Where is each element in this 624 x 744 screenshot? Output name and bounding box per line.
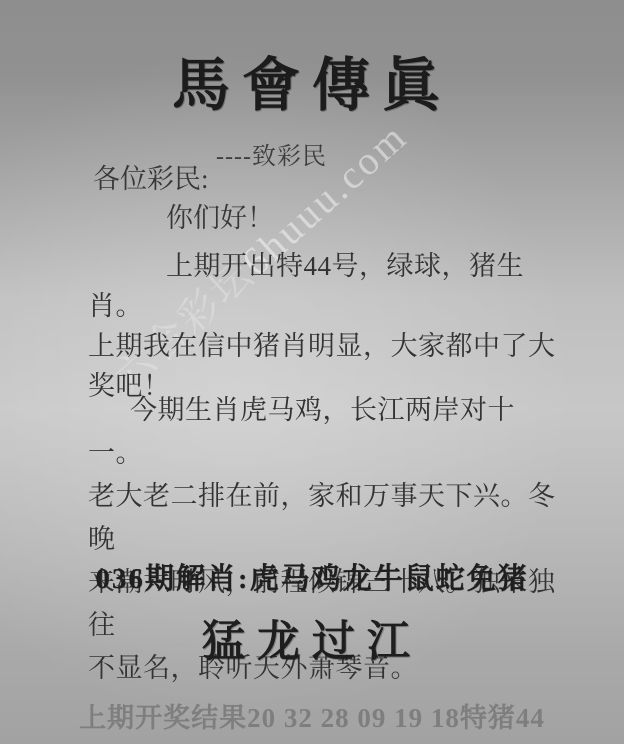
greeting-line: 你们好！ (166, 196, 274, 235)
page-title: 馬會傳眞 (0, 38, 624, 122)
paragraph-line: 上期我在信中猪肖明显，大家都中了大 (88, 326, 566, 366)
salutation-line: 各位彩民: (93, 157, 209, 196)
fax-letter-page: 六合彩坛6huuu.com 馬會傳眞 ----致彩民 各位彩民: 你们好！ 上期… (0, 0, 624, 744)
letter-paragraph-previous-draw: 上期开出特44号，绿球，猪生肖。 上期我在信中猪肖明显，大家都中了大 奖吧！ (88, 246, 566, 406)
issue-zodiac-solution: 036期解肖:虎马鸡龙牛鼠蛇免猪 (0, 556, 624, 597)
paragraph-line: 上期开出特44号，绿球，猪生肖。 (88, 246, 566, 326)
previous-results-line: 上期开奖结果20 32 28 09 19 18特猪44 (0, 696, 624, 735)
paragraph-line: 老大老二排在前，家和万事天下兴。冬晚 (88, 475, 566, 561)
brand-signature: 猛龙过江 (0, 608, 624, 669)
dedication-line: ----致彩民 (216, 136, 327, 171)
paragraph-line: 今期生肖虎马鸡，长江两岸对十一。 (88, 389, 566, 475)
